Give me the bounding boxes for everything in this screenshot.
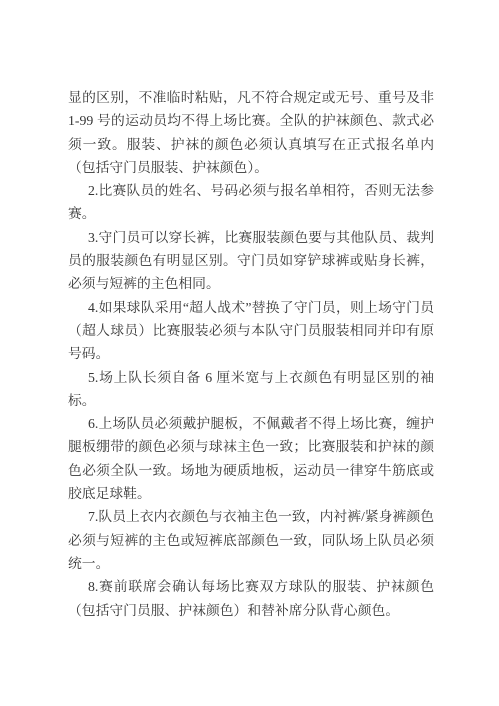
- paragraph-rule-7: 7.队员上衣内衣颜色与衣袖主色一致，内衬裤/紧身裤颜色必须与短裤的主色或短裤底部…: [68, 505, 434, 575]
- paragraph-rule-8: 8.赛前联席会确认每场比赛双方球队的服装、护袜颜色（包括守门员服、护袜颜色）和替…: [68, 575, 434, 622]
- paragraph-rule-4: 4.如果球队采用“超人战术”替换了守门员，则上场守门员（超人球员）比赛服装必须与…: [68, 296, 434, 366]
- document-page: 显的区别，不准临时粘贴，凡不符合规定或无号、重号及非 1-99 号的运动员均不得…: [0, 0, 499, 706]
- paragraph-rule-6: 6.上场队员必须戴护腿板，不佩戴者不得上场比赛，缠护腿板绷带的颜色必须与球袜主色…: [68, 412, 434, 505]
- paragraph-rule-3: 3.守门员可以穿长裤，比赛服装颜色要与其他队员、裁判员的服装颜色有明显区别。守门…: [68, 226, 434, 296]
- paragraph-rule-1-continuation: 显的区别，不准临时粘贴，凡不符合规定或无号、重号及非 1-99 号的运动员均不得…: [68, 86, 434, 179]
- paragraph-rule-5: 5.场上队长须自备 6 厘米宽与上衣颜色有明显区别的袖标。: [68, 366, 434, 413]
- document-text: 显的区别，不准临时粘贴，凡不符合规定或无号、重号及非 1-99 号的运动员均不得…: [68, 86, 434, 622]
- paragraph-rule-2: 2.比赛队员的姓名、号码必须与报名单相符，否则无法参赛。: [68, 179, 434, 226]
